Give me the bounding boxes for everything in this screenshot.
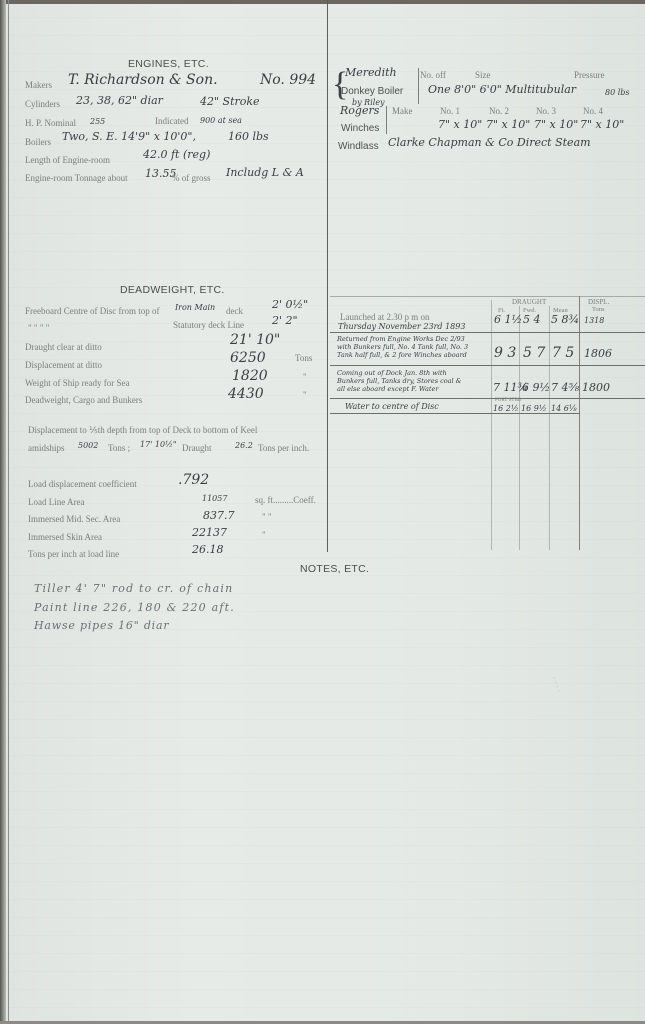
winches-label: Winches: [341, 123, 379, 134]
engine-room-length-label: Length of Engine-room: [25, 155, 110, 165]
launch-row-2-desc1: Coming out of Dock Jan. 8th with: [337, 369, 447, 377]
winch-value-4: 7" x 10": [580, 118, 624, 131]
statutory-label: Statutory deck Line: [173, 320, 244, 330]
deadweight-cargo-value: 4430: [228, 386, 264, 402]
ledger-page: ENGINES, ETC. Makers T. Richardson & Son…: [0, 0, 645, 1024]
col-rule-fwd: [491, 300, 492, 550]
stroke-value: 42" Stroke: [200, 95, 260, 108]
donkey-boiler-value: One 8'0" 6'0" Multitubular: [428, 83, 576, 96]
indicated-value: 900 at sea: [200, 116, 242, 125]
margin-rule: [8, 0, 9, 1024]
engine-room-tonnage-note: Includg L & A: [226, 166, 304, 179]
launch-row-0-desc2: Thursday November 23rd 1893: [338, 322, 465, 331]
row-rule-1: [330, 365, 645, 366]
coef-value-2: 837.7: [203, 509, 235, 522]
fifth-depth-tpi-value: 26.2: [235, 441, 253, 450]
indicated-label: Indicated: [155, 116, 188, 126]
winches-col-make: Make: [392, 106, 413, 116]
launch-row-3-fwd: 16 2½: [493, 404, 519, 413]
engine-room-length-value: 42.0 ft (reg): [143, 148, 210, 161]
winches-maker-note: Rogers: [340, 104, 379, 117]
boilers-value: Two, S. E. 14'9" x 10'0",: [62, 130, 196, 143]
winch-value-2: 7" x 10": [486, 118, 530, 131]
fifth-depth-draught-value: 17' 10½": [140, 440, 177, 449]
coef-label-4: Tons per inch at load line: [28, 549, 119, 559]
donkey-col-pressure: Pressure: [574, 70, 605, 80]
displacement-unit: Tons: [295, 353, 312, 363]
launch-row-0-displ: 1318: [584, 316, 604, 325]
col-rule-aft: [519, 306, 520, 550]
engine-room-tonnage-label: Engine-room Tonnage about: [25, 173, 128, 183]
winch-col-1: No. 1: [440, 106, 460, 116]
launch-row-2-aft: 6 9½: [522, 381, 550, 394]
note-line-0: Tiller 4' 7" rod to cr. of chain: [34, 582, 233, 595]
launch-row-0-desc1: Launched at 2.30 p m on: [340, 312, 429, 322]
coef-extra-1: sq. ft.........Coeff.: [255, 495, 316, 505]
launch-row-2-mean: 7 4⅝: [551, 381, 579, 394]
launch-row-0-fwd: 6 1½: [494, 313, 522, 326]
col-rule-mean: [549, 306, 550, 550]
donkey-col-size: Size: [475, 70, 491, 80]
fifth-depth-draught-label: Draught: [182, 443, 212, 453]
makers-number: No. 994: [260, 72, 316, 88]
displ-header: DISPL.: [588, 298, 609, 306]
launch-row-1-desc3: Tank half full, & 2 fore Winches aboard: [337, 351, 467, 359]
col-rule-displ: [579, 296, 580, 550]
statutory-ditto: " " " ": [28, 323, 49, 333]
coef-extra-3: ": [262, 530, 266, 540]
note-line-2: Hawse pipes 16" diar: [34, 619, 169, 632]
winch-value-3: 7" x 10": [534, 118, 578, 131]
launch-row-2-desc3: all else aboard except F. Water: [337, 385, 438, 393]
launch-row-1-aft: 5 7: [523, 345, 545, 361]
donkey-col-no: No. off: [420, 70, 446, 80]
fifth-depth-tons-label: Tons ;: [108, 443, 130, 453]
coef-label-2: Immersed Mid. Sec. Area: [28, 514, 120, 524]
boilers-pressure: 160 lbs: [228, 130, 269, 143]
launch-row-1-fwd: 9 3: [494, 345, 516, 361]
row-rule-2: [330, 398, 645, 399]
faint-mark: · · · ·: [549, 675, 563, 694]
engine-room-tonnage-suffix: % of gross: [172, 173, 211, 183]
freeboard-deck: deck: [226, 306, 243, 316]
notes-heading: NOTES, ETC.: [300, 563, 369, 575]
launch-row-1-displ: 1806: [584, 347, 612, 360]
launch-row-1-desc1: Returned from Engine Works Dec 2/93: [337, 335, 465, 343]
launch-row-1-mean: 7 5: [552, 345, 574, 361]
binding-edge: [0, 0, 6, 1024]
amidships-label: amidships: [28, 443, 65, 453]
launch-row-3-aft: 16 9½: [521, 404, 547, 413]
winch-col-3: No. 3: [536, 106, 556, 116]
launch-row-0-mean: 5 8¾: [551, 313, 579, 326]
launch-row-2-displ: 1800: [582, 381, 610, 394]
freeboard-label: Freeboard Centre of Disc from top of: [25, 306, 159, 316]
freeboard-inserted: Iron Main: [175, 303, 215, 312]
donkey-boiler-label: Donkey Boiler: [341, 86, 403, 97]
donkey-bracket: [418, 68, 419, 104]
boilers-label: Boilers: [25, 137, 51, 147]
coef-label-1: Load Line Area: [28, 497, 84, 507]
draught-value: 21' 10": [230, 332, 280, 348]
fifth-depth-line1: Displacement to ⅕th depth from top of De…: [28, 425, 257, 436]
winch-value-1: 7" x 10": [438, 118, 482, 131]
statutory-value: 2' 2": [272, 314, 298, 327]
makers-label: Makers: [25, 80, 52, 90]
coef-value-3: 22137: [192, 526, 227, 539]
donkey-maker-note: Meredith: [345, 66, 397, 79]
coef-value-4: 26.18: [192, 543, 224, 556]
deadweight-cargo-unit: ": [303, 390, 307, 400]
coef-value-1: 11057: [202, 494, 227, 503]
displacement-value: 6250: [230, 350, 266, 366]
fifth-depth-tpi-label: Tons per inch.: [258, 443, 309, 453]
makers-value: T. Richardson & Son.: [68, 72, 218, 88]
freeboard-value: 2' 0½": [272, 298, 308, 311]
coef-extra-2: " ": [262, 512, 272, 522]
cylinders-value: 23, 38, 62" diar: [76, 94, 163, 107]
row-rule-0: [330, 332, 645, 333]
hp-nominal-label: H. P. Nominal: [25, 118, 76, 128]
windlass-label: Windlass: [338, 141, 379, 152]
draught-label: Draught clear at ditto: [25, 342, 102, 352]
winch-col-4: No. 4: [583, 106, 603, 116]
note-line-1: Paint line 226, 180 & 220 aft.: [34, 601, 235, 614]
column-divider: [327, 0, 328, 552]
hp-nominal-value: 255: [90, 117, 105, 126]
deadweight-cargo-label: Deadweight, Cargo and Bunkers: [25, 395, 142, 405]
coef-value-0: .792: [178, 472, 209, 488]
donkey-boiler-pressure: 80 lbs: [605, 88, 630, 97]
launch-row-2-desc2: Bunkers full, Tanks dry, Stores coal &: [337, 377, 461, 385]
launch-row-3-mean: 14 6⅛: [551, 404, 577, 413]
top-edge: [0, 0, 645, 4]
coef-label-3: Immersed Skin Area: [28, 532, 102, 542]
weight-ready-value: 1820: [232, 368, 268, 384]
table-top-rule: [330, 296, 645, 297]
draught-header: DRAUGHT: [512, 298, 546, 306]
winches-bracket: [386, 106, 387, 134]
displ-tons-header: Tons: [592, 306, 605, 313]
launch-row-3-note: PORT STBD: [495, 398, 521, 403]
launch-row-0-aft: 5 4: [523, 313, 541, 326]
engines-heading: ENGINES, ETC.: [128, 58, 209, 70]
winch-col-2: No. 2: [489, 106, 509, 116]
launch-row-3-desc1: Water to centre of Disc: [345, 402, 439, 411]
weight-ready-unit: ": [303, 372, 307, 382]
cylinders-label: Cylinders: [25, 99, 60, 109]
weight-ready-label: Weight of Ship ready for Sea: [25, 378, 130, 388]
deadweight-heading: DEADWEIGHT, ETC.: [120, 284, 225, 296]
fifth-depth-tons-value: 5002: [78, 441, 98, 450]
launch-row-1-desc2: with Bunkers full, No. 4 Tank full, No. …: [337, 343, 468, 351]
row-rule-3: [330, 413, 580, 414]
windlass-value: Clarke Chapman & Co Direct Steam: [388, 136, 591, 149]
displacement-label: Displacement at ditto: [25, 360, 102, 370]
coef-label-0: Load displacement coefficient: [28, 479, 137, 489]
